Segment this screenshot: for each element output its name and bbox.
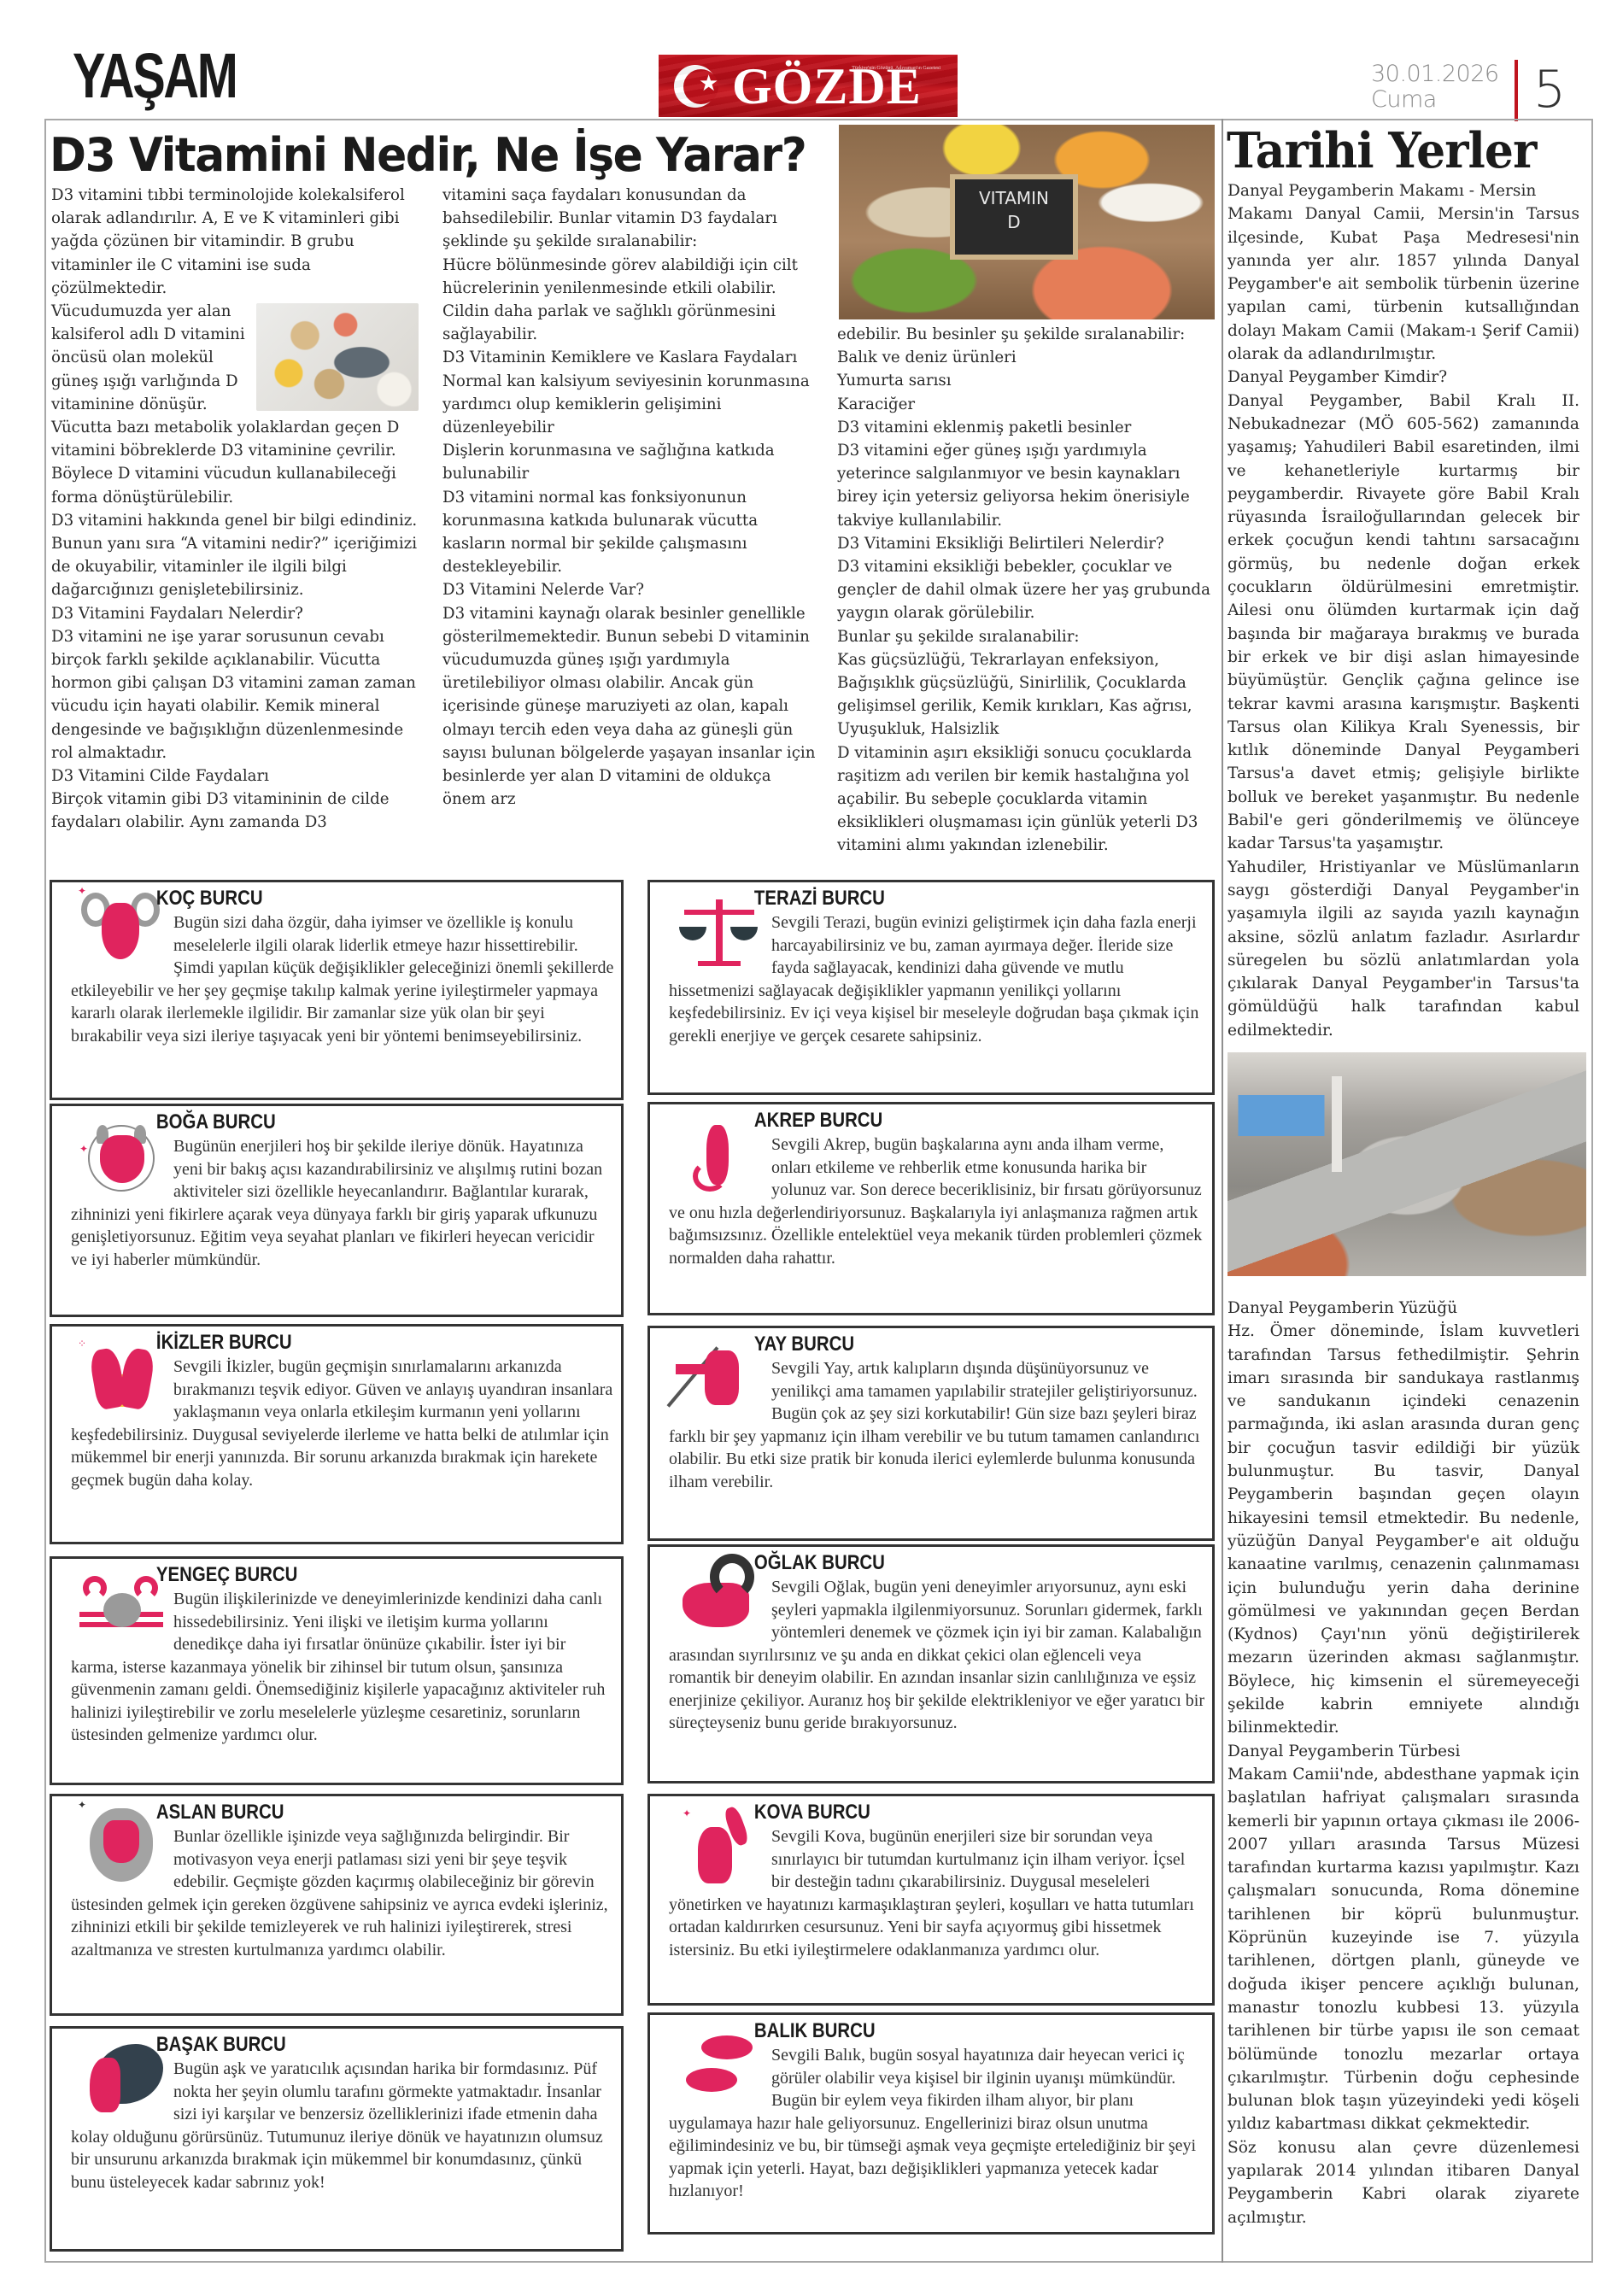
makam-mosque-aerial-photo [1228, 1052, 1586, 1276]
sidebar-text-bottom: Danyal Peygamberin Yüzüğü Hz. Ömer dönem… [1228, 1297, 1579, 2229]
horoscope-title: KOVA BURCU [657, 1800, 1123, 1825]
sidebar-paragraph: Makam Camii'nde, abdesthane yapmak için … [1228, 1763, 1579, 2136]
horoscope-cancer: YENGEÇ BURCU Bugün ilişkilerinizde ve de… [50, 1556, 624, 1785]
horoscope-title: BOĞA BURCU [59, 1110, 531, 1135]
section-title: YAŞAM [73, 44, 236, 108]
article-paragraph: D3 vitamini tıbbi terminolojide kolekals… [51, 184, 419, 300]
horoscope-title: KOÇ BURCU [59, 886, 531, 911]
article-headline: D3 Vitamini Nedir, Ne İşe Yarar? [50, 128, 804, 183]
sidebar-paragraph: Hz. Ömer döneminde, İslam kuvvetleri tar… [1228, 1320, 1579, 1739]
horoscope-sagittarius: YAY BURCU Sevgili Yay, artık kalıpların … [647, 1326, 1215, 1541]
sidebar-paragraph: Yahudiler, Hristiyanlar ve Müslümanların… [1228, 856, 1579, 1042]
article-paragraph: D3 vitamini eğer güneş ışığı yardımıyla … [837, 439, 1213, 532]
horoscope-taurus: ✦ BOĞA BURCU Bugünün enerjileri hoş bir … [50, 1104, 624, 1317]
article-paragraph: Dişlerin korunmasına ve sağlığına katkıd… [442, 439, 818, 485]
newspaper-logo[interactable]: ★ GÖZDE Türkiye'nin Gözünü, Adıyaman'ın … [659, 55, 958, 117]
vitamin-d-foods-photo: VITAMIN D [839, 125, 1215, 319]
article-paragraph: vitamini saça faydaları konusundan da ba… [442, 184, 818, 254]
chalkboard-text: D [955, 210, 1073, 234]
article-paragraph: Normal kan kalsiyum seviyesinin korunmas… [442, 370, 818, 440]
article-paragraph: edebilir. Bu besinler şu şekilde sıralan… [837, 323, 1213, 369]
article-column-1: D3 vitamini tıbbi terminolojide kolekals… [51, 184, 419, 835]
article-column-3: edebilir. Bu besinler şu şekilde sıralan… [837, 323, 1213, 858]
article-paragraph: Kas güçsüzlüğü, Tekrarlayan enfeksiyon, … [837, 648, 1213, 741]
chalkboard-sign: VITAMIN D [950, 174, 1078, 260]
horoscope-title: TERAZİ BURCU [657, 886, 1123, 911]
article-paragraph: D3 vitamini normal kas fonksiyonunun kor… [442, 486, 818, 579]
article-paragraph: D3 vitamini hakkında genel bir bilgi edi… [51, 509, 419, 602]
chalkboard-text: VITAMIN [955, 186, 1073, 210]
horoscope-pisces: BALIK BURCU Sevgili Balık, bugün sosyal … [647, 2012, 1215, 2234]
horoscope-title: YAY BURCU [657, 1332, 1123, 1357]
article-subheading: D3 Vitamini Nelerde Var? [442, 578, 818, 601]
horoscope-libra: TERAZİ BURCU Sevgili Terazi, bugün evini… [647, 880, 1215, 1095]
sidebar-text-top: Danyal Peygamberin Makamı - Mersin Makam… [1228, 179, 1579, 1042]
article-subheading: D3 Vitamini Eksikliği Belirtileri Nelerd… [837, 532, 1213, 555]
horoscope-aries: ✦ KOÇ BURCU Bugün sizi daha özgür, daha … [50, 880, 624, 1100]
issue-weekday: Cuma [1371, 87, 1499, 113]
article-list-item: D3 vitamini eklenmiş paketli besinler [837, 416, 1213, 439]
logo-tagline: Türkiye'nin Gözünü, Adıyaman'ın Gazetesi [852, 66, 940, 71]
article-paragraph: Birçok vitamin gibi D3 vitamininin de ci… [51, 788, 419, 834]
crescent-star-icon: ★ [674, 63, 720, 109]
horoscope-title: ASLAN BURCU [59, 1800, 531, 1825]
horoscope-gemini: ⁘ İKİZLER BURCU Sevgili İkizler, bugün g… [50, 1324, 624, 1544]
sidebar-subheading: Danyal Peygamberin Yüzüğü [1228, 1297, 1579, 1320]
article-subheading: D3 Vitamini Faydaları Nelerdir? [51, 602, 419, 625]
sidebar-subheading: Danyal Peygamberin Makamı - Mersin [1228, 179, 1579, 202]
issue-date-block: 30.01.2026 Cuma [1371, 61, 1499, 113]
horoscope-leo: ✦ ASLAN BURCU Bunlar özellikle işinizde … [50, 1794, 624, 2016]
food-sources-photo [256, 303, 419, 411]
article-list-item: Yumurta sarısı [837, 369, 1213, 392]
page-number: 5 [1533, 60, 1566, 120]
minaret-shape [1332, 1076, 1342, 1172]
sidebar-title: Tarihi Yerler [1227, 124, 1564, 179]
horoscope-virgo: BAŞAK BURCU Bugün aşk ve yaratıcılık açı… [50, 2026, 624, 2252]
horoscope-aquarius: ✦ KOVA BURCU Sevgili Kova, bugünün enerj… [647, 1794, 1215, 2006]
horoscope-capricorn: OĞLAK BURCU Sevgili Oğlak, bugün yeni de… [647, 1544, 1215, 1783]
sidebar-subheading: Danyal Peygamber Kimdir? [1228, 366, 1579, 389]
article-paragraph: Bunlar şu şekilde sıralanabilir: [837, 625, 1213, 648]
sidebar-paragraph: Söz konusu alan çevre düzenlemesi yapıla… [1228, 2136, 1579, 2229]
article-list-item: Karaciğer [837, 393, 1213, 416]
horoscope-title: AKREP BURCU [657, 1108, 1123, 1133]
article-column-2: vitamini saça faydaları konusundan da ba… [442, 184, 818, 811]
horoscope-title: BALIK BURCU [657, 2018, 1123, 2044]
horoscope-title: OĞLAK BURCU [657, 1550, 1123, 1576]
column-divider [1222, 119, 1223, 2263]
issue-date: 30.01.2026 [1371, 61, 1499, 87]
horoscope-title: İKİZLER BURCU [59, 1330, 531, 1356]
article-paragraph: Cildin daha parlak ve sağlıklı görünmesi… [442, 300, 818, 346]
article-paragraph: Hücre bölünmesinde görev alabildiği için… [442, 254, 818, 300]
sidebar-paragraph: Danyal Peygamber, Babil Kralı II. Nebuka… [1228, 389, 1579, 856]
article-paragraph: D vitaminin aşırı eksikliği sonucu çocuk… [837, 741, 1213, 858]
article-subheading: D3 Vitamini Cilde Faydaları [51, 764, 419, 788]
article-paragraph: D3 vitamini kaynağı olarak besinler gene… [442, 602, 818, 811]
horoscope-scorpio: AKREP BURCU Sevgili Akrep, bugün başkala… [647, 1102, 1215, 1315]
page-divider [1515, 60, 1518, 121]
article-subheading: D3 Vitaminin Kemiklere ve Kaslara Faydal… [442, 346, 818, 369]
article-paragraph: D3 vitamini ne işe yarar sorusunun cevab… [51, 625, 419, 764]
sidebar-paragraph: Makamı Danyal Camii, Mersin'in Tarsus il… [1228, 202, 1579, 366]
sidebar-subheading: Danyal Peygamberin Türbesi [1228, 1740, 1579, 1763]
horoscope-title: YENGEÇ BURCU [59, 1562, 531, 1588]
article-paragraph: D3 vitamini eksikliği bebekler, çocuklar… [837, 555, 1213, 625]
horoscope-title: BAŞAK BURCU [59, 2032, 531, 2058]
